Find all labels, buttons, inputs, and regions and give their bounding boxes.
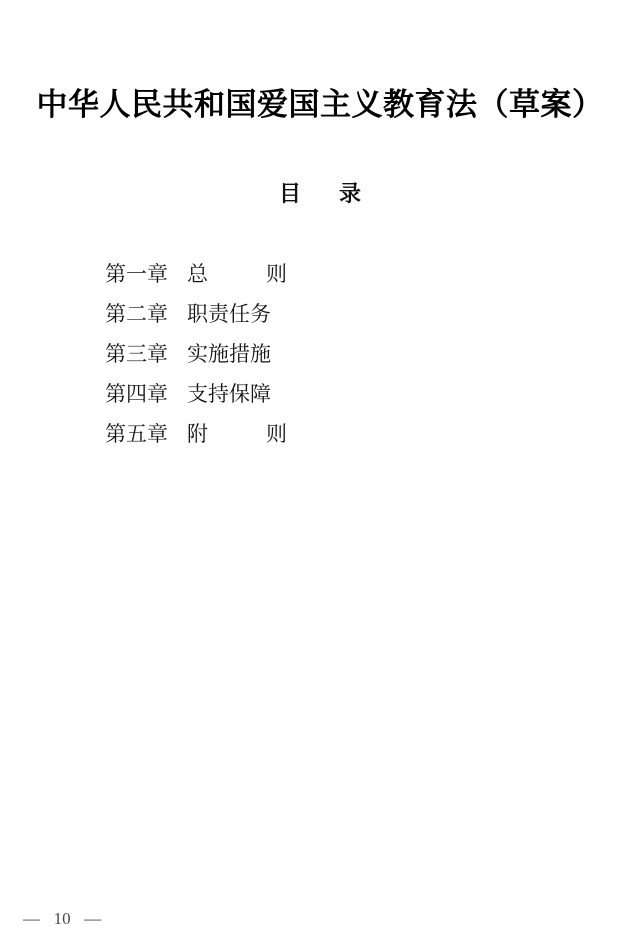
chapter-title-start: 总 — [187, 258, 208, 288]
chapter-label: 第二章 — [105, 298, 187, 328]
page-number: — 10 — — [23, 910, 101, 929]
chapter-label: 第五章 — [105, 418, 187, 448]
document-title: 中华人民共和国爱国主义教育法（草案） — [0, 88, 640, 122]
chapter-title-end: 则 — [266, 418, 287, 448]
table-of-contents: 第一章 总 则 第二章 职责任务 第三章 实施措施 第四章 支持保障 — [0, 253, 640, 453]
chapter-label: 第一章 — [105, 258, 187, 288]
toc-row-chapter-3: 第三章 实施措施 — [105, 333, 640, 373]
chapter-title: 支持保障 — [187, 378, 287, 408]
toc-row-chapter-4: 第四章 支持保障 — [105, 373, 640, 413]
chapter-title-start: 职责任务 — [187, 298, 271, 328]
chapter-title: 总 则 — [187, 258, 287, 288]
toc-row-chapter-5: 第五章 附 则 — [105, 413, 640, 453]
document-page: 中华人民共和国爱国主义教育法（草案） 目 录 第一章 总 则 第二章 职责任务 … — [0, 0, 640, 946]
chapter-title-start: 实施措施 — [187, 338, 271, 368]
toc-row-chapter-1: 第一章 总 则 — [105, 253, 640, 293]
chapter-title: 职责任务 — [187, 298, 287, 328]
toc-row-chapter-2: 第二章 职责任务 — [105, 293, 640, 333]
chapter-title-start: 附 — [187, 418, 208, 448]
chapter-label: 第三章 — [105, 338, 187, 368]
chapter-title: 附 则 — [187, 418, 287, 448]
chapter-title-start: 支持保障 — [187, 378, 271, 408]
chapter-title: 实施措施 — [187, 338, 287, 368]
chapter-title-end: 则 — [266, 258, 287, 288]
contents-heading: 目 录 — [0, 183, 640, 205]
chapter-label: 第四章 — [105, 378, 187, 408]
